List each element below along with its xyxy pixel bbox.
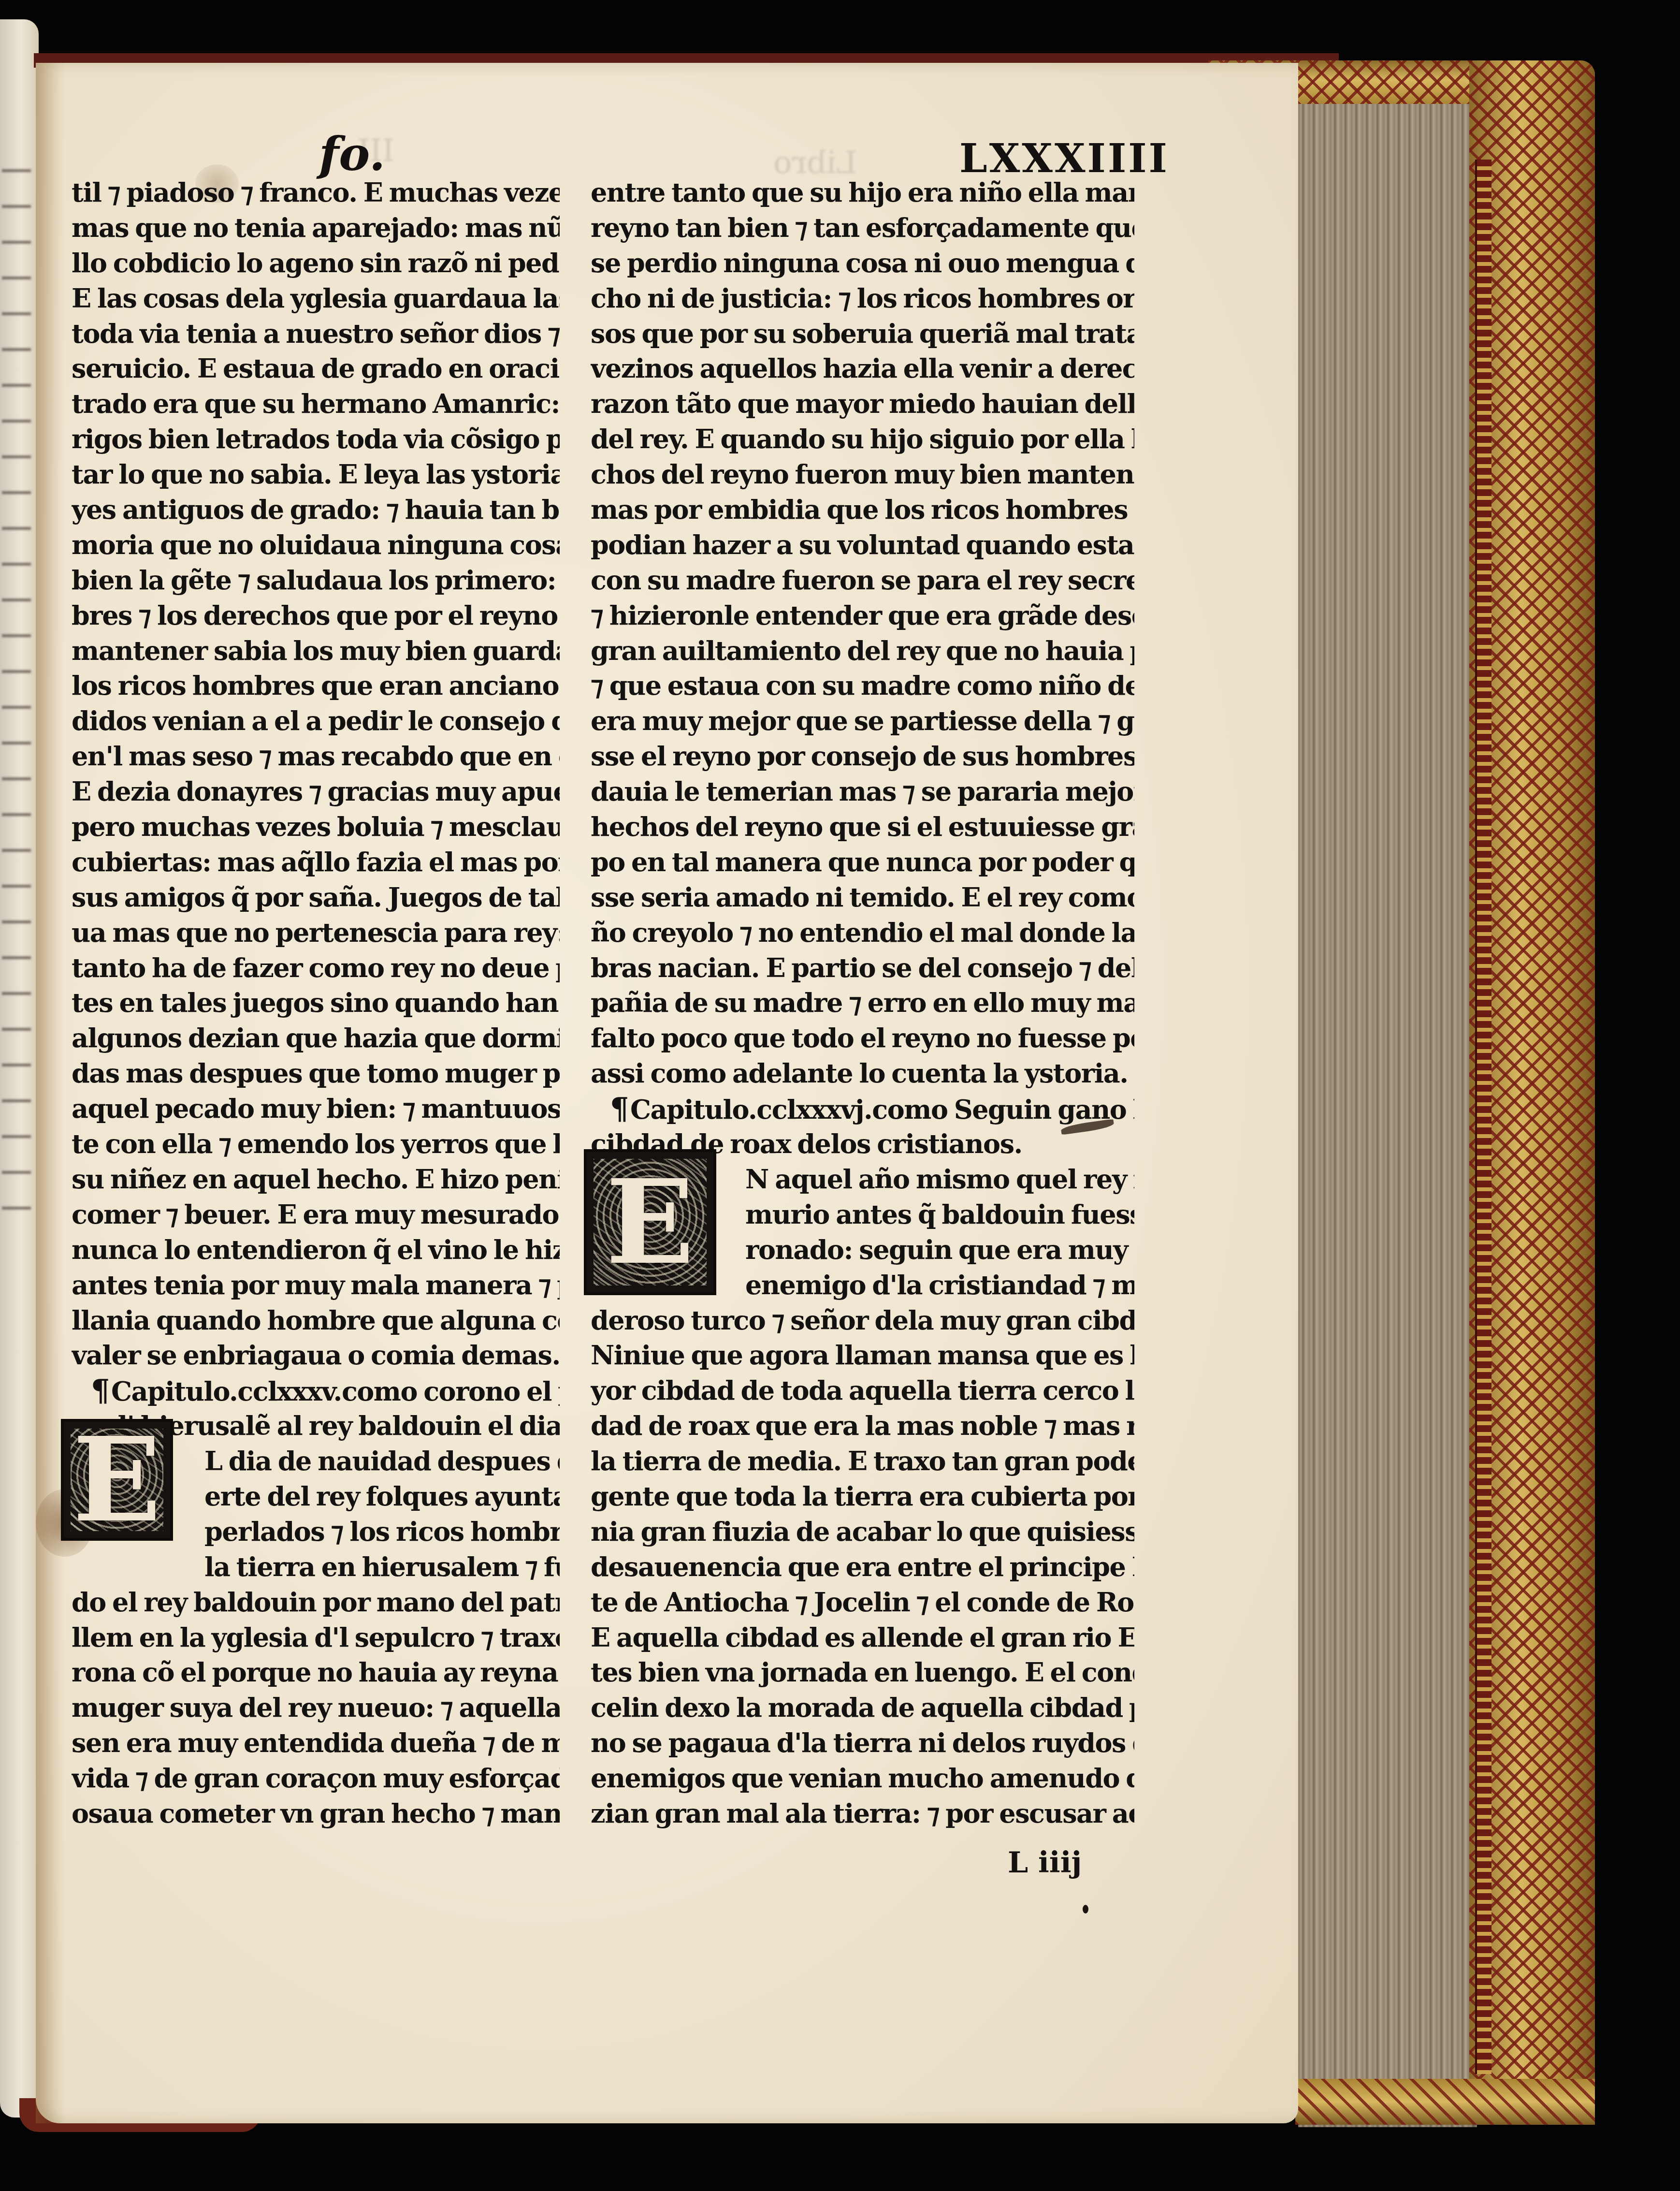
text-line: llem en la yglesia d'l sepulcro ⁊ traxo … bbox=[72, 1620, 560, 1655]
text-line: la tierra de media. E traxo tan gran pod… bbox=[591, 1444, 1134, 1479]
text-line: Niniue que agora llaman mansa que es la … bbox=[591, 1338, 1134, 1373]
text-column-left: til ⁊ piadoso ⁊ franco. E muchas vezes d… bbox=[72, 175, 560, 1831]
text-line: bras nacian. E partio se del consejo ⁊ d… bbox=[591, 950, 1134, 986]
text-line: rona cõ el porque no hauia ay reyna que … bbox=[72, 1655, 560, 1690]
text-line: osaua cometer vn gran hecho ⁊ mantenerle… bbox=[72, 1796, 560, 1831]
text-line: nia gran fiuzia de acabar lo que quisies… bbox=[591, 1514, 1134, 1549]
text-line: valer se enbriagaua o comia demas. bbox=[72, 1338, 560, 1373]
text-line: tanto ha de fazer como rey no deue parar… bbox=[72, 950, 560, 986]
initial-letter: E bbox=[73, 1422, 161, 1538]
text-line: deroso turco ⁊ señor dela muy gran cibda… bbox=[591, 1303, 1134, 1338]
text-line: chos del reyno fueron muy bien mantenido… bbox=[591, 457, 1134, 492]
chapter-heading-line: ¶Capitulo.cclxxxvj.como Seguin gano la bbox=[591, 1091, 1134, 1126]
text-line: vida ⁊ de gran coraçon muy esforçada que… bbox=[72, 1761, 560, 1796]
text-line: algunos dezian que hazia que dormia con … bbox=[72, 1021, 560, 1056]
text-line: los ricos hombres que eran ancianos ⁊ en… bbox=[72, 668, 560, 703]
text-line: podian hazer a su voluntad quando estaua… bbox=[591, 527, 1134, 563]
text-line: celin dexo la morada de aquella cibdad p… bbox=[591, 1690, 1134, 1725]
gilt-border-bottom bbox=[1295, 2079, 1595, 2125]
text-line: das mas despues que tomo muger partiose … bbox=[72, 1056, 560, 1091]
initial-letter: E bbox=[606, 1164, 695, 1280]
gutter-shadow bbox=[36, 63, 65, 2123]
ink-speck bbox=[1083, 1905, 1088, 1913]
text-line: bres ⁊ los derechos que por el reyno se … bbox=[72, 598, 560, 633]
chapter-heading-text: Capitulo.cclxxxvj.como Seguin gano la bbox=[630, 1094, 1134, 1125]
text-line: yes antiguos de grado: ⁊ hauia tan buena… bbox=[72, 492, 560, 527]
text-line: era muy mejor que se partiesse della ⁊ g… bbox=[591, 703, 1134, 739]
text-column-right: entre tanto que su hijo era niño ella ma… bbox=[591, 175, 1134, 1831]
text-line: gran auiltamiento del rey que no hauia p… bbox=[591, 633, 1134, 669]
text-line: zian gran mal ala tierra: ⁊ por escusar … bbox=[591, 1796, 1134, 1831]
text-line: la tierra en hierusalem ⁊ fue corona bbox=[72, 1549, 560, 1585]
text-line: E aquella cibdad es allende el gran rio … bbox=[591, 1620, 1134, 1655]
pilcrow-icon: ¶ bbox=[91, 1373, 109, 1408]
text-line: enemigos que venian mucho amenudo que fa… bbox=[591, 1761, 1134, 1796]
text-line: del rey. E quando su hijo siguio por ell… bbox=[591, 422, 1134, 457]
text-line: se perdio ninguna cosa ni ouo mengua de … bbox=[591, 246, 1134, 281]
text-line: comer ⁊ beuer. E era muy mesurado tanto … bbox=[72, 1197, 560, 1232]
text-line: hechos del reyno que si el estuuiesse gr… bbox=[591, 809, 1134, 845]
pilcrow-icon: ¶ bbox=[610, 1091, 628, 1126]
text-line: ⁊ que estaua con su madre como niño de t… bbox=[591, 668, 1134, 703]
page-fore-edge bbox=[1298, 97, 1477, 2127]
text-line: assi como adelante lo cuenta la ystoria. bbox=[591, 1056, 1134, 1091]
text-line: tes en tales juegos sino quando han vaga… bbox=[72, 985, 560, 1021]
text-line: tes bien vna jornada en luengo. E el con… bbox=[591, 1655, 1134, 1690]
text-line: llania quando hombre que alguna cosa deu… bbox=[72, 1303, 560, 1338]
text-line: con su madre fueron se para el rey secre… bbox=[591, 563, 1134, 598]
text-line: mantener sabia los muy bien guardar tant… bbox=[72, 633, 560, 669]
facing-page-text-fragments bbox=[0, 19, 39, 1210]
text-line: cho ni de justicia: ⁊ los ricos hombres … bbox=[591, 281, 1134, 316]
text-line: aquel pecado muy bien: ⁊ mantuuose lealm… bbox=[72, 1091, 560, 1126]
text-line: ua mas que no pertenescia para rey: porq… bbox=[72, 915, 560, 950]
text-line: didos venian a el a pedir le consejo que… bbox=[72, 703, 560, 739]
text-line: E las cosas dela yglesia guardaua las mu… bbox=[72, 281, 560, 316]
signature-mark: L iiij bbox=[1008, 1846, 1082, 1880]
text-line: te con ella ⁊ emendo los yerros que hizi… bbox=[72, 1126, 560, 1162]
chapter-heading-text: Capitulo.cclxxxv.como corono el patriar bbox=[111, 1376, 560, 1407]
text-line: sos que por su soberuia queriã mal trata… bbox=[591, 316, 1134, 351]
text-line: te de Antiocha ⁊ Jocelin ⁊ el conde de R… bbox=[591, 1585, 1134, 1620]
text-line: toda via tenia a nuestro señor dios ⁊ am… bbox=[72, 316, 560, 351]
text-line: til ⁊ piadoso ⁊ franco. E muchas vezes d… bbox=[72, 175, 560, 210]
text-line: sen era muy entendida dueña ⁊ de muy bue… bbox=[72, 1725, 560, 1761]
text-line: pañia de su madre ⁊ erro en ello muy mal… bbox=[591, 985, 1134, 1021]
text-line: desauenencia que era entre el principe R… bbox=[591, 1549, 1134, 1585]
text-line: no se pagaua d'la tierra ni delos ruydos… bbox=[591, 1725, 1134, 1761]
text-line: sus amigos q̃ por saña. Juegos de tablas… bbox=[72, 880, 560, 915]
text-line: trado era que su hermano Amanric: ⁊ teni… bbox=[72, 386, 560, 422]
text-line: vezinos aquellos hazia ella venir a dere… bbox=[591, 351, 1134, 386]
text-line: en'l mas seso ⁊ mas recabdo que en otro … bbox=[72, 739, 560, 774]
text-line: moria que no oluidaua ninguna cosa ⁊ con… bbox=[72, 527, 560, 563]
facing-page-curl bbox=[0, 19, 39, 2118]
text-line: ño creyolo ⁊ no entendio el mal donde la… bbox=[591, 915, 1134, 950]
folio-label: fo. bbox=[319, 127, 385, 181]
text-line: llo cobdicio lo ageno sin razõ ni pedia … bbox=[72, 246, 560, 281]
chapter-heading-line: ¶Capitulo.cclxxxv.como corono el patriar bbox=[72, 1373, 560, 1408]
woodcut-initial-right: E bbox=[584, 1149, 716, 1295]
text-line: razon tãto que mayor miedo hauian della … bbox=[591, 386, 1134, 422]
text-line: falto poco que todo el reyno no fuesse p… bbox=[591, 1021, 1134, 1056]
text-line: pero muchas vezes boluia ⁊ mesclaua saña… bbox=[72, 809, 560, 845]
text-line: cubiertas: mas aq̃llo fazia el mas por c… bbox=[72, 845, 560, 880]
text-line: mas por embidia que los ricos hombres no bbox=[591, 492, 1134, 527]
text-line: entre tanto que su hijo era niño ella ma… bbox=[591, 175, 1134, 210]
text-line: bien la gẽte ⁊ saludaua los primero: ⁊ l… bbox=[72, 563, 560, 598]
text-line: ⁊ hizieronle entender que era grãde deso… bbox=[591, 598, 1134, 633]
text-line: sse seria amado ni temido. E el rey como… bbox=[591, 880, 1134, 915]
text-line: reyno tan bien ⁊ tan esforçadamente que … bbox=[591, 210, 1134, 246]
text-line: muger suya del rey nueuo: ⁊ aquella reyn… bbox=[72, 1690, 560, 1725]
text-line: antes tenia por muy mala manera ⁊ por gr… bbox=[72, 1268, 560, 1303]
text-line: tar lo que no sabia. E leya las ystorias… bbox=[72, 457, 560, 492]
gilt-inner-fillet bbox=[1475, 160, 1492, 2074]
text-line: seruicio. E estaua de grado en oracion: … bbox=[72, 351, 560, 386]
text-line: nunca lo entendieron q̃ el vino le hizie… bbox=[72, 1232, 560, 1268]
text-line: rigos bien letrados toda via cõsigo por … bbox=[72, 422, 560, 457]
text-line: dauia le temerian mas ⁊ se pararia mejor… bbox=[591, 774, 1134, 809]
text-line: su niñez en aquel hecho. E hizo penitenc… bbox=[72, 1162, 560, 1197]
text-line: yor cibdad de toda aquella tierra cerco … bbox=[591, 1373, 1134, 1408]
text-line: po en tal manera que nunca por poder que… bbox=[591, 845, 1134, 880]
woodcut-initial-left: E bbox=[61, 1419, 173, 1541]
text-line: do el rey baldouin por mano del patriarc… bbox=[72, 1585, 560, 1620]
text-line: dad de roax que era la mas noble ⁊ mas r… bbox=[591, 1408, 1134, 1444]
text-line: E dezia donayres ⁊ gracias muy apuestamẽ… bbox=[72, 774, 560, 809]
text-line: gente que toda la tierra era cubierta po… bbox=[591, 1479, 1134, 1514]
text-line: mas que no tenia aparejado: mas nũca por… bbox=[72, 210, 560, 246]
text-line: sse el reyno por consejo de sus hombres … bbox=[591, 739, 1134, 774]
